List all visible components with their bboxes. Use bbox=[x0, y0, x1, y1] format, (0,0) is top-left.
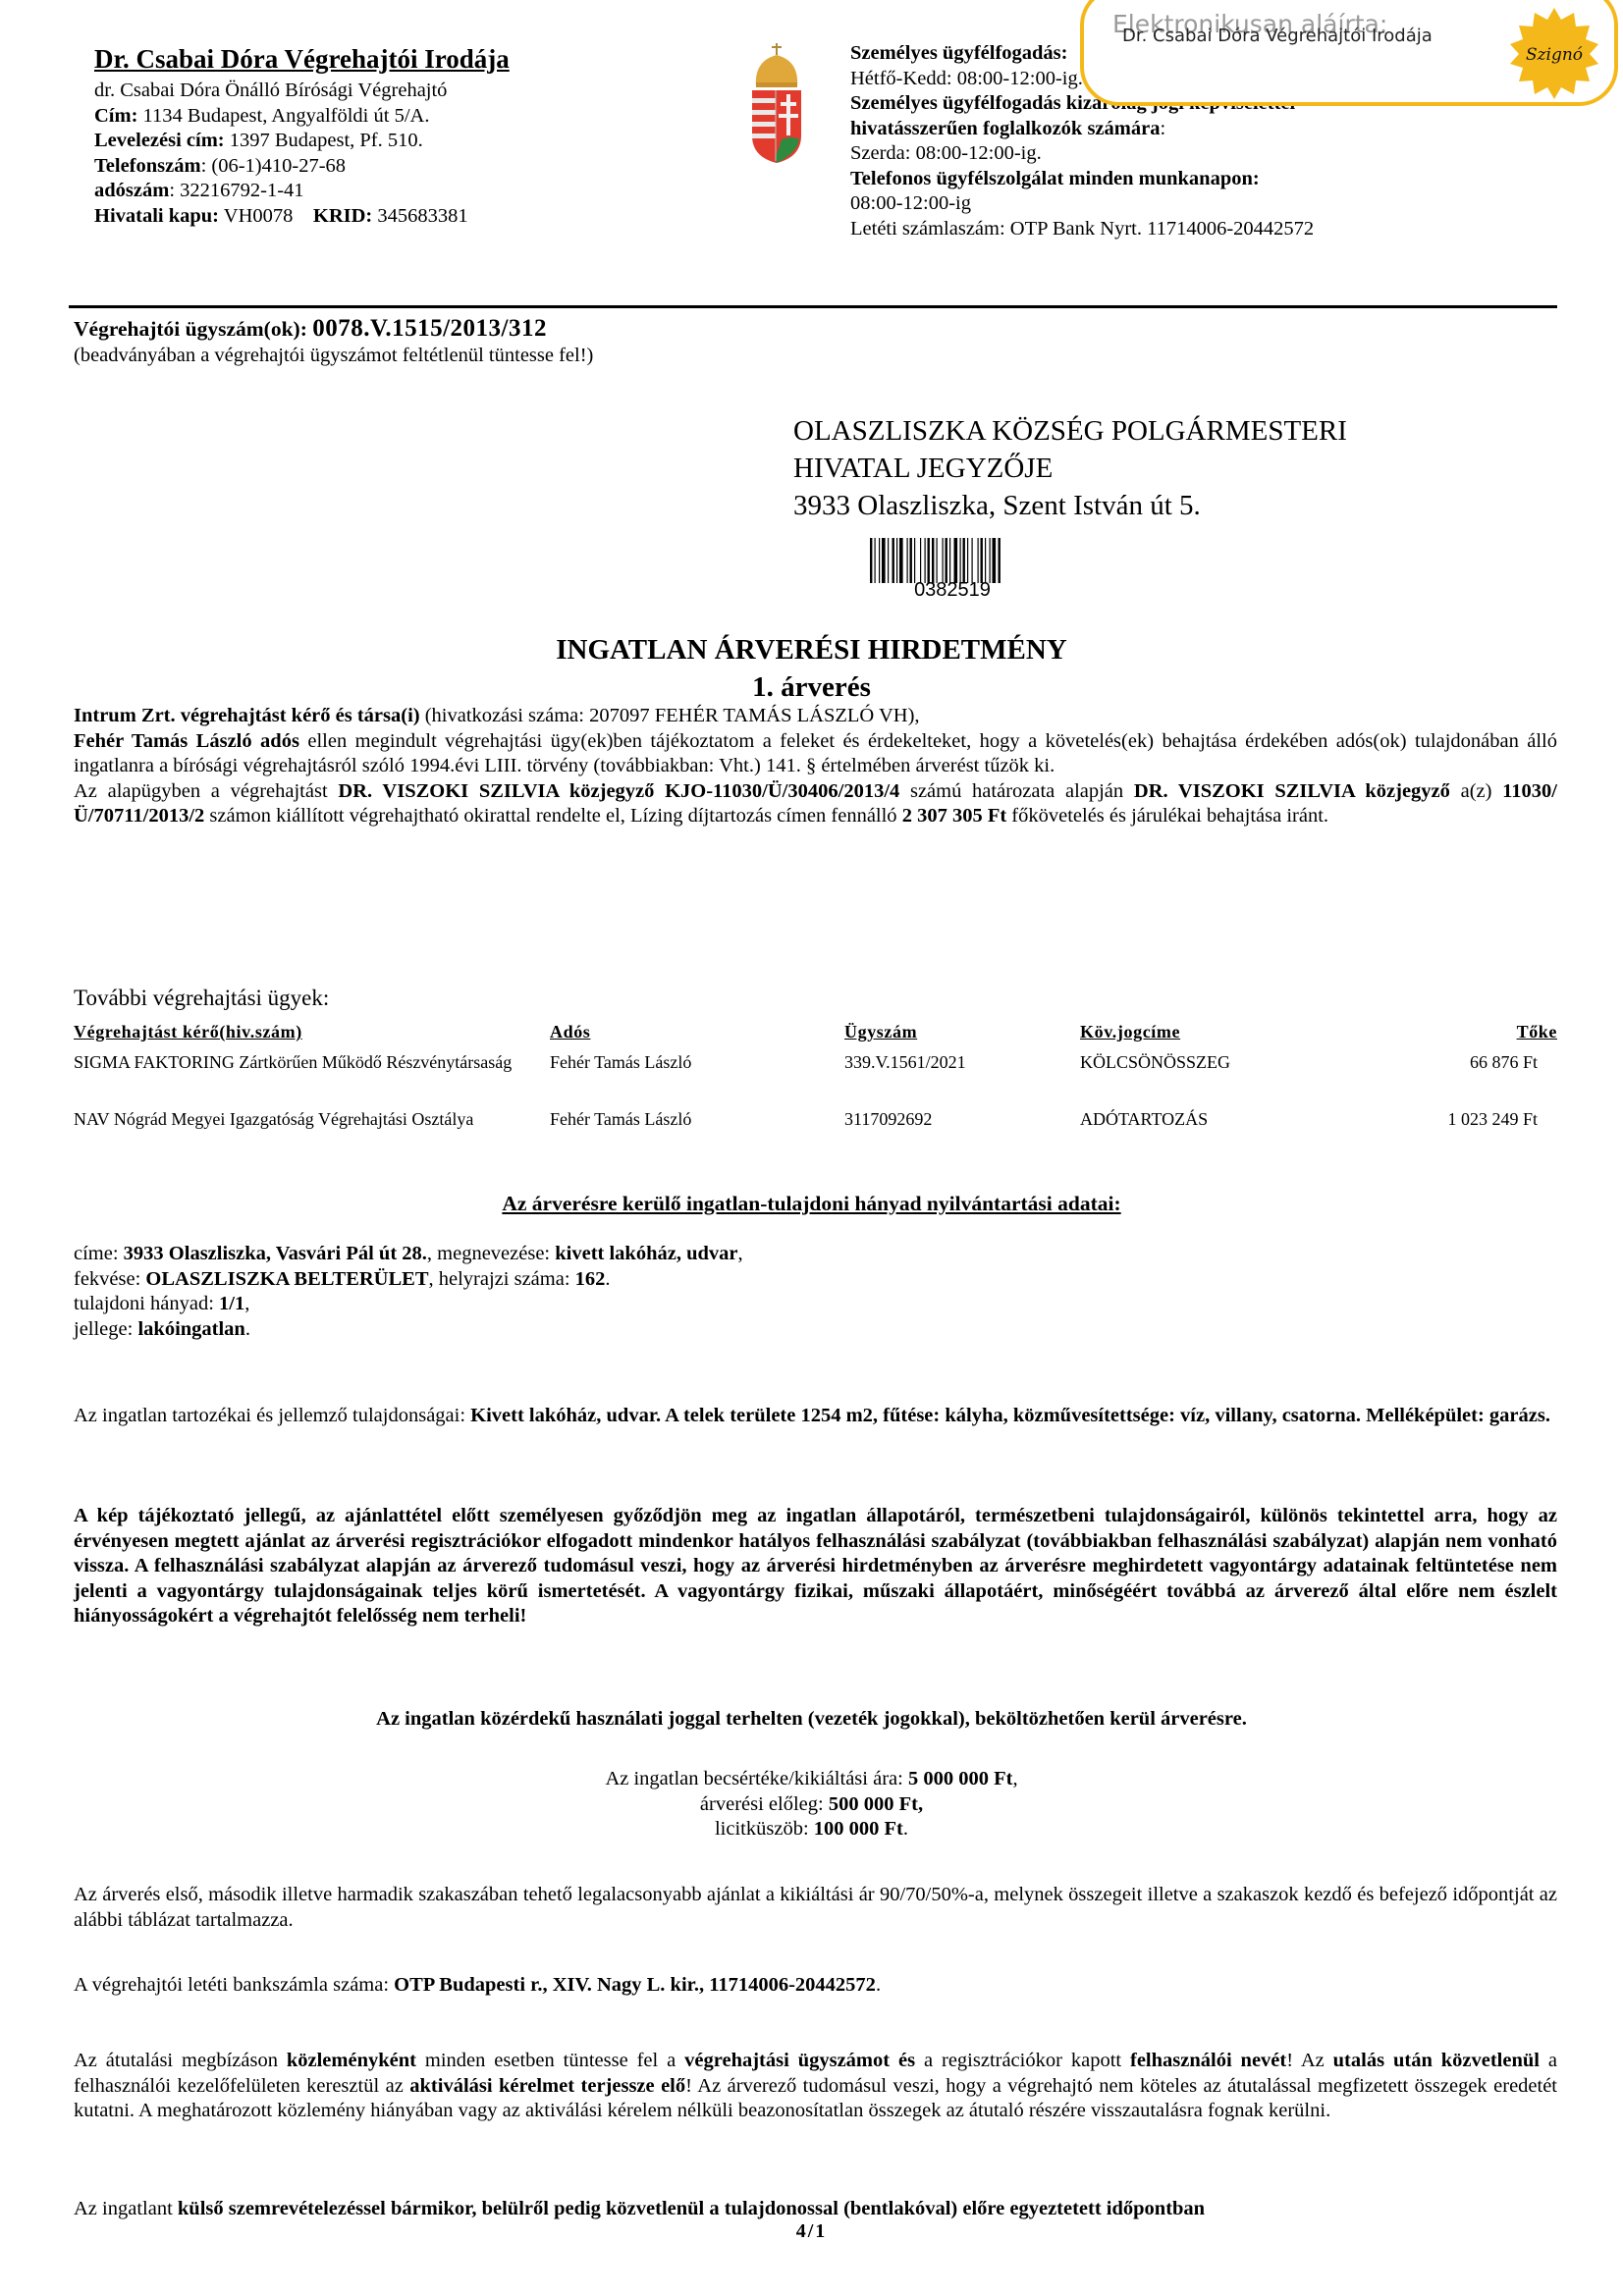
table-row: SIGMA FAKTORING Zártkörűen Működő Részvé… bbox=[74, 1048, 1557, 1105]
intro-paragraph: Intrum Zrt. végrehajtást kérő és társa(i… bbox=[74, 704, 1557, 829]
phone-service-hours: 08:00-12:00-ig bbox=[850, 191, 1596, 217]
svg-text:Szignó: Szignó bbox=[1526, 45, 1583, 65]
office-phone: Telefonszám: (06-1)410-27-68 bbox=[94, 154, 723, 180]
page-number: 4/1 bbox=[0, 2220, 1623, 2243]
phone-service-label: Telefonos ügyfélszolgálat minden munkana… bbox=[850, 167, 1596, 192]
bid-step: licitküszöb: 100 000 Ft. bbox=[0, 1817, 1623, 1842]
property-heading: Az árverésre kerülő ingatlan-tulajdoni h… bbox=[0, 1191, 1623, 1216]
office-tax-number: adószám: 32216792-1-41 bbox=[94, 179, 723, 204]
recipient-address: OLASZLISZKA KÖZSÉG POLGÁRMESTERI HIVATAL… bbox=[793, 412, 1347, 524]
barcode-icon bbox=[870, 538, 1035, 583]
hungarian-coat-of-arms-icon bbox=[746, 41, 807, 167]
stages-paragraph: Az árverés első, második illetve harmadi… bbox=[74, 1883, 1557, 1933]
case-number-label: Végrehajtói ügyszám(ok): bbox=[74, 317, 312, 341]
case-number-block: Végrehajtói ügyszám(ok): 0078.V.1515/201… bbox=[74, 316, 593, 368]
legal-reception-hours: Szerda: 08:00-12:00-ig. bbox=[850, 141, 1596, 167]
barcode-number: 0382519 bbox=[870, 579, 1035, 602]
price-block: Az ingatlan becsértéke/kikiáltási ára: 5… bbox=[0, 1767, 1623, 1842]
szigno-seal-icon: Szignó bbox=[1507, 6, 1601, 100]
warning-paragraph: A kép tájékoztató jellegű, az ajánlattét… bbox=[74, 1504, 1557, 1629]
deposit-account: Letéti számlaszám: OTP Bank Nyrt. 117140… bbox=[850, 217, 1596, 242]
table-row: NAV Nógrád Megyei Igazgatóság Végrehajtá… bbox=[74, 1105, 1557, 1162]
office-mail-address: Levelezési cím: 1397 Budapest, Pf. 510. bbox=[94, 129, 723, 154]
bank-account: A végrehajtói letéti bankszámla száma: O… bbox=[74, 1973, 1557, 1999]
document-subtitle: 1. árverés bbox=[0, 670, 1623, 704]
other-cases-table: Végrehajtást kérő(hiv.szám) Adós Ügyszám… bbox=[74, 1018, 1557, 1162]
document-title: INGATLAN ÁRVERÉSI HIRDETMÉNY bbox=[0, 633, 1623, 667]
estimate-price: Az ingatlan becsértéke/kikiáltási ára: 5… bbox=[0, 1767, 1623, 1792]
transfer-instructions: Az átutalási megbízáson közleményként mi… bbox=[74, 2049, 1557, 2124]
office-name: Dr. Csabai Dóra Végrehajtói Irodája bbox=[94, 41, 723, 77]
property-details: címe: 3933 Olaszliszka, Vasvári Pál út 2… bbox=[74, 1242, 743, 1342]
auction-deposit: árverési előleg: 500 000 Ft, bbox=[0, 1792, 1623, 1818]
property-features: Az ingatlan tartozékai és jellemző tulaj… bbox=[74, 1404, 1557, 1429]
office-header: Dr. Csabai Dóra Végrehajtói Irodája dr. … bbox=[94, 41, 723, 229]
officer-name: dr. Csabai Dóra Önálló Bírósági Végrehaj… bbox=[94, 79, 723, 104]
case-number-note: (beadványában a végrehajtói ügyszámot fe… bbox=[74, 345, 593, 366]
case-number: 0078.V.1515/2013/312 bbox=[312, 315, 547, 342]
header-divider bbox=[69, 305, 1557, 308]
office-address: Cím: 1134 Budapest, Angyalföldi út 5/A. bbox=[94, 104, 723, 130]
legal-reception-label-2: hivatásszerűen foglalkozók számára: bbox=[850, 117, 1596, 142]
encumbrance-note: Az ingatlan közérdekű használati joggal … bbox=[0, 1706, 1623, 1732]
other-cases-title: További végrehajtási ügyek: bbox=[74, 985, 329, 1012]
table-header: Végrehajtást kérő(hiv.szám) Adós Ügyszám… bbox=[74, 1018, 1557, 1048]
signature-signer: Dr. Csabai Dóra Végrehajtói Irodája bbox=[1122, 26, 1433, 46]
office-gate-krid: Hivatali kapu: VH0078 KRID: 345683381 bbox=[94, 204, 723, 230]
inspection-paragraph: Az ingatlant külső szemrevételezéssel bá… bbox=[74, 2197, 1557, 2222]
